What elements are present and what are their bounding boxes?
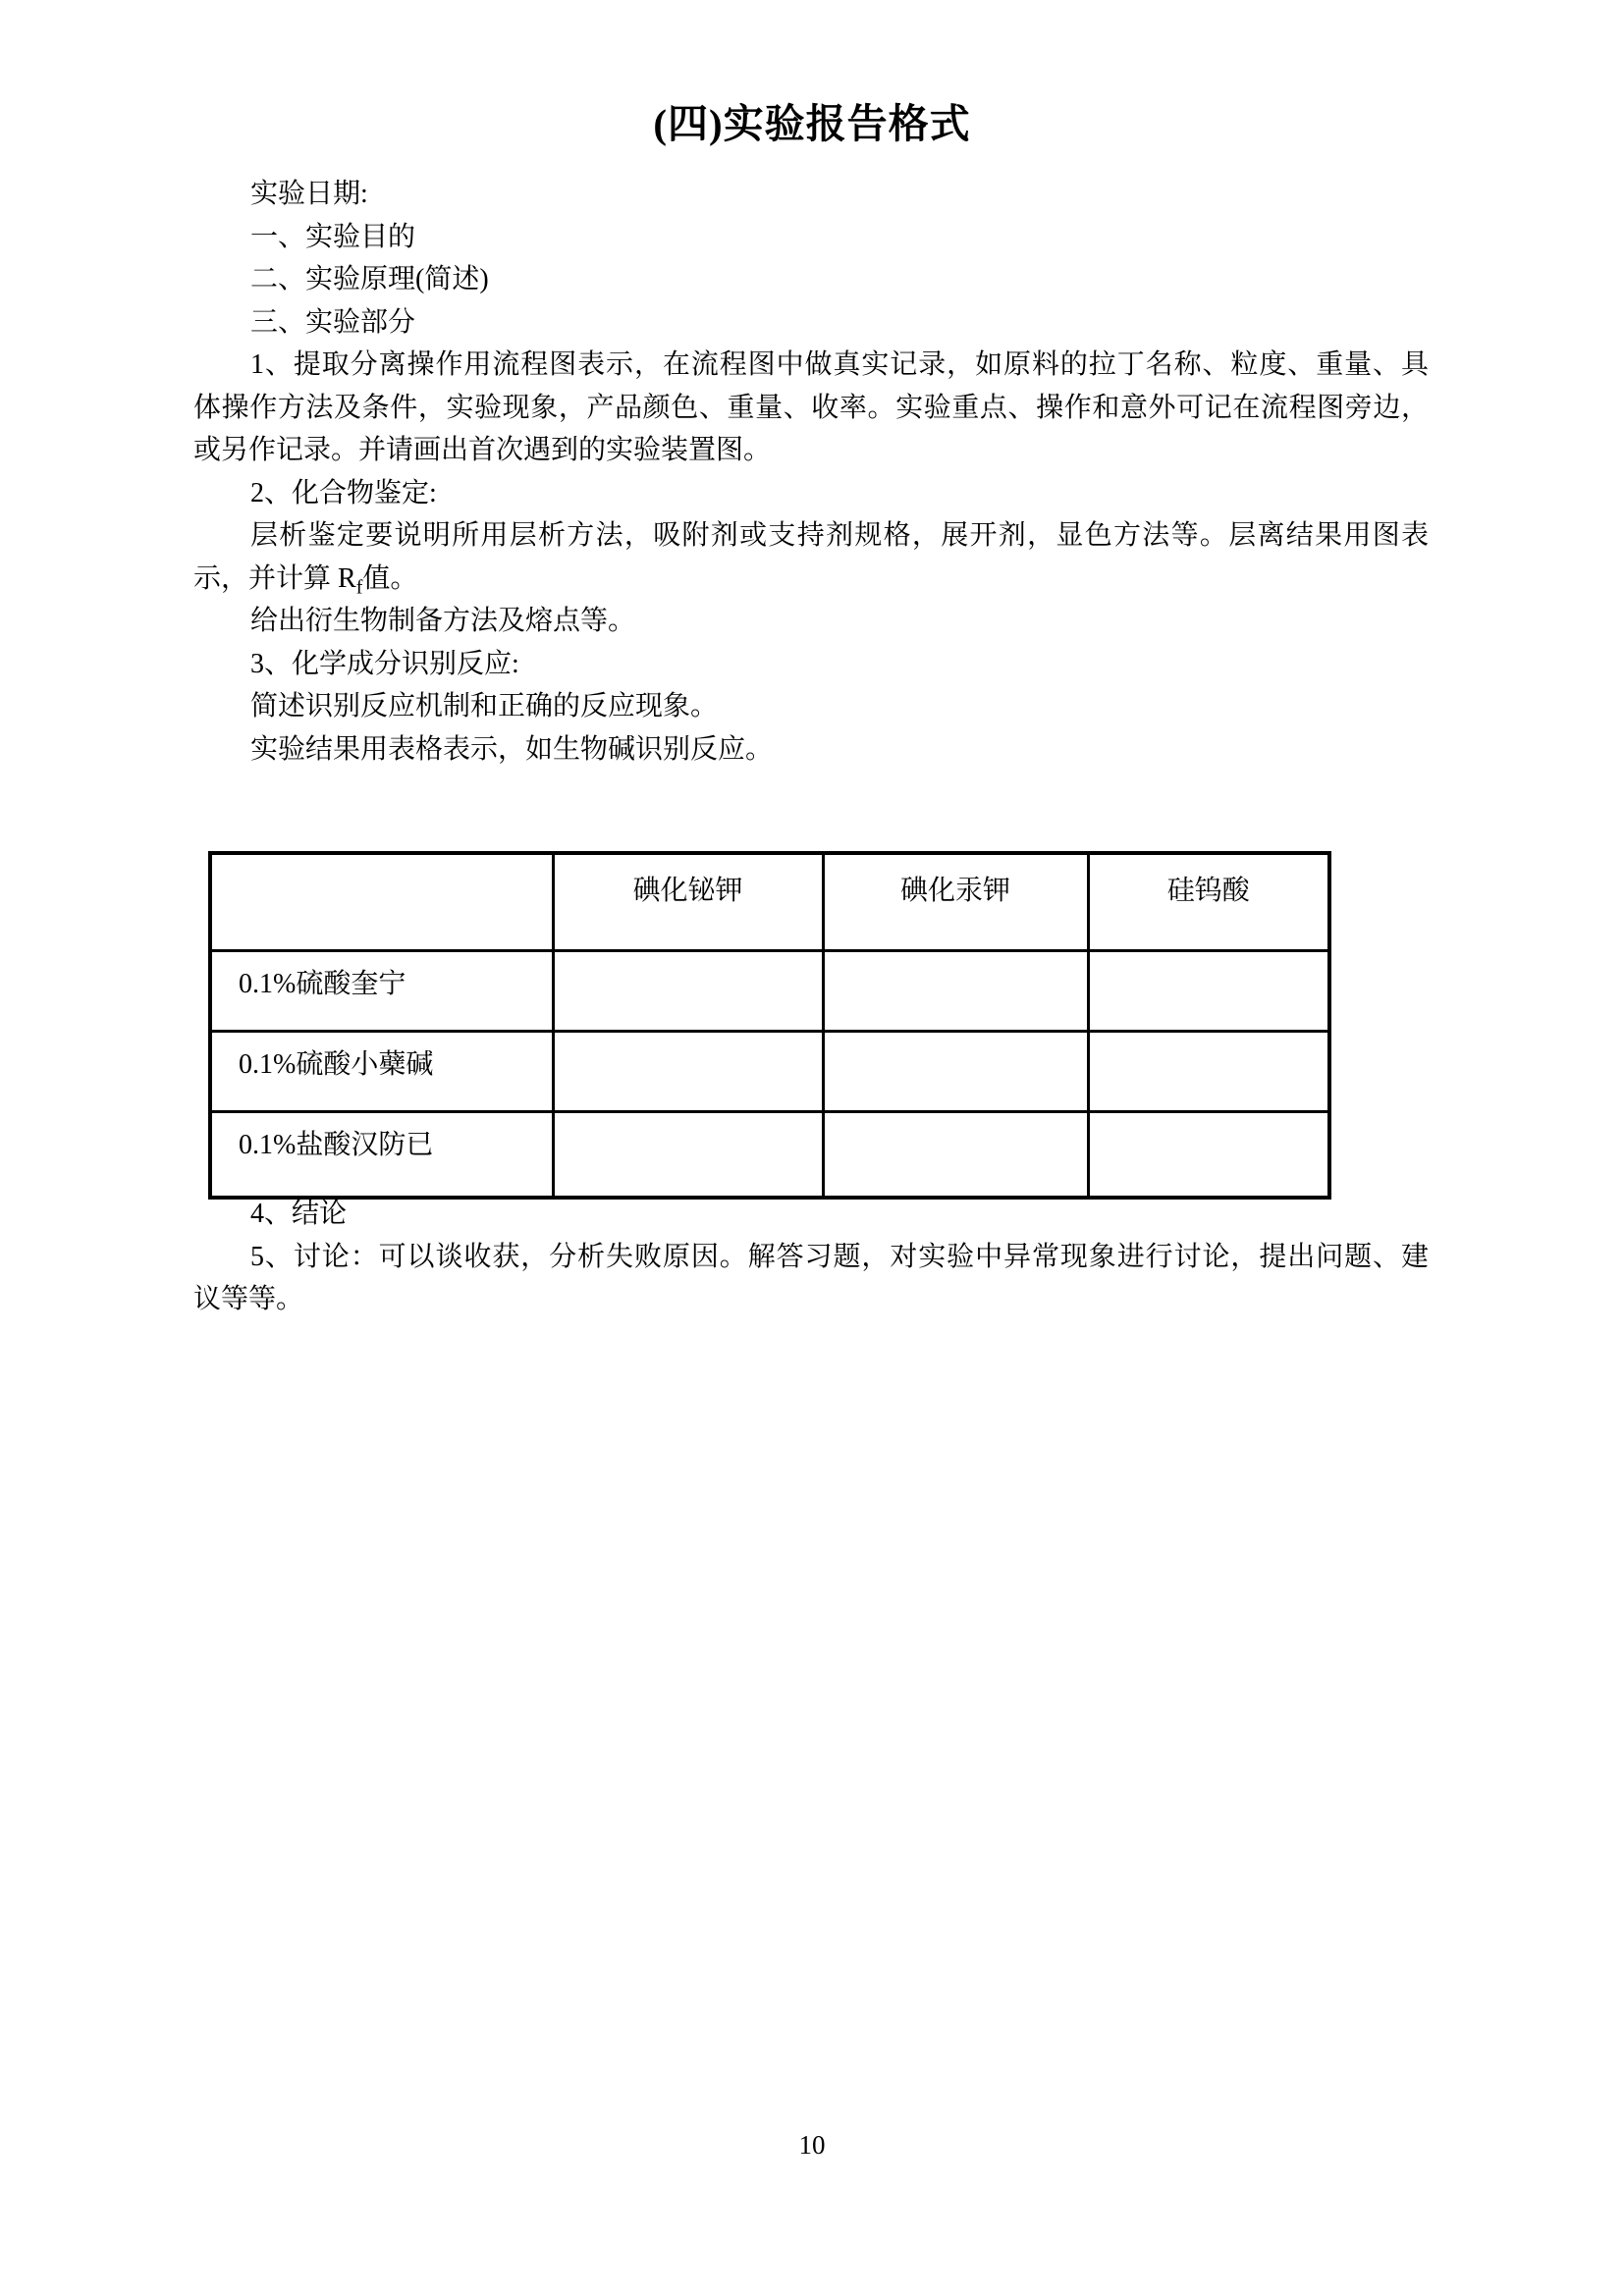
- document-page: (四)实验报告格式 实验日期: 一、实验目的 二、实验原理(简述) 三、实验部分…: [0, 0, 1624, 2296]
- line-section-3: 三、实验部分: [193, 301, 1429, 345]
- rf-post: 值。: [362, 563, 417, 594]
- body-text-bottom: 4、结论 5、讨论：可以谈收获，分析失败原因。解答习题，对实验中异常现象进行讨论…: [193, 1193, 1429, 1321]
- table-cell: [1088, 1112, 1329, 1199]
- table-row: 0.1%硫酸小蘗碱: [210, 1032, 1329, 1112]
- table-row: 0.1%硫酸奎宁: [210, 951, 1329, 1032]
- row-label: 0.1%硫酸小蘗碱: [210, 1032, 553, 1112]
- table-header-empty: [210, 853, 553, 951]
- table-cell: [823, 1112, 1088, 1199]
- line-experiment-date: 实验日期:: [193, 173, 1429, 216]
- line-item3-b: 实验结果用表格表示，如生物碱识别反应。: [193, 728, 1429, 772]
- table-cell: [553, 1032, 823, 1112]
- table-cell: [1088, 951, 1329, 1032]
- rf-pre: 示，并计算 R: [193, 563, 356, 594]
- page-number: 10: [0, 2128, 1624, 2162]
- line-section-2: 二、实验原理(简述): [193, 258, 1429, 301]
- row-label: 0.1%盐酸汉防已: [210, 1112, 553, 1199]
- table-header-col1: 碘化铋钾: [553, 853, 823, 951]
- table-header-col3: 硅钨酸: [1088, 853, 1329, 951]
- page-title: (四)实验报告格式: [0, 98, 1624, 149]
- line-item5-b: 议等等。: [193, 1278, 1429, 1321]
- line-item2-heading: 2、化合物鉴定:: [193, 472, 1429, 515]
- line-item4: 4、结论: [193, 1193, 1429, 1236]
- line-item1-a: 1、提取分离操作用流程图表示，在流程图中做真实记录，如原料的拉丁名称、粒度、重量…: [193, 344, 1429, 387]
- table-cell: [553, 951, 823, 1032]
- table-cell: [1088, 1032, 1329, 1112]
- line-item3-heading: 3、化学成分识别反应:: [193, 643, 1429, 686]
- line-item5-a: 5、讨论：可以谈收获，分析失败原因。解答习题，对实验中异常现象进行讨论，提出问题…: [193, 1236, 1429, 1279]
- table-cell: [823, 1032, 1088, 1112]
- line-item1-c: 或另作记录。并请画出首次遇到的实验装置图。: [193, 429, 1429, 472]
- line-section-1: 一、实验目的: [193, 216, 1429, 259]
- reaction-results-table: 碘化铋钾 碘化汞钾 硅钨酸 0.1%硫酸奎宁 0.1%硫酸小蘗碱 0.1%盐酸汉…: [208, 851, 1331, 1200]
- line-item2-a: 层析鉴定要说明所用层析方法，吸附剂或支持剂规格，展开剂，显色方法等。层离结果用图…: [193, 514, 1429, 558]
- line-item2-rf: 示，并计算 Rf值。: [193, 558, 1429, 601]
- line-item1-b: 体操作方法及条件，实验现象，产品颜色、重量、收率。实验重点、操作和意外可记在流程…: [193, 387, 1429, 430]
- table-cell: [553, 1112, 823, 1199]
- line-item2-b: 给出衍生物制备方法及熔点等。: [193, 600, 1429, 643]
- table-header-row: 碘化铋钾 碘化汞钾 硅钨酸: [210, 853, 1329, 951]
- table-row: 0.1%盐酸汉防已: [210, 1112, 1329, 1199]
- line-item3-a: 简述识别反应机制和正确的反应现象。: [193, 685, 1429, 728]
- table-cell: [823, 951, 1088, 1032]
- table-header-col2: 碘化汞钾: [823, 853, 1088, 951]
- body-text-top: 实验日期: 一、实验目的 二、实验原理(简述) 三、实验部分 1、提取分离操作用…: [193, 173, 1429, 771]
- row-label: 0.1%硫酸奎宁: [210, 951, 553, 1032]
